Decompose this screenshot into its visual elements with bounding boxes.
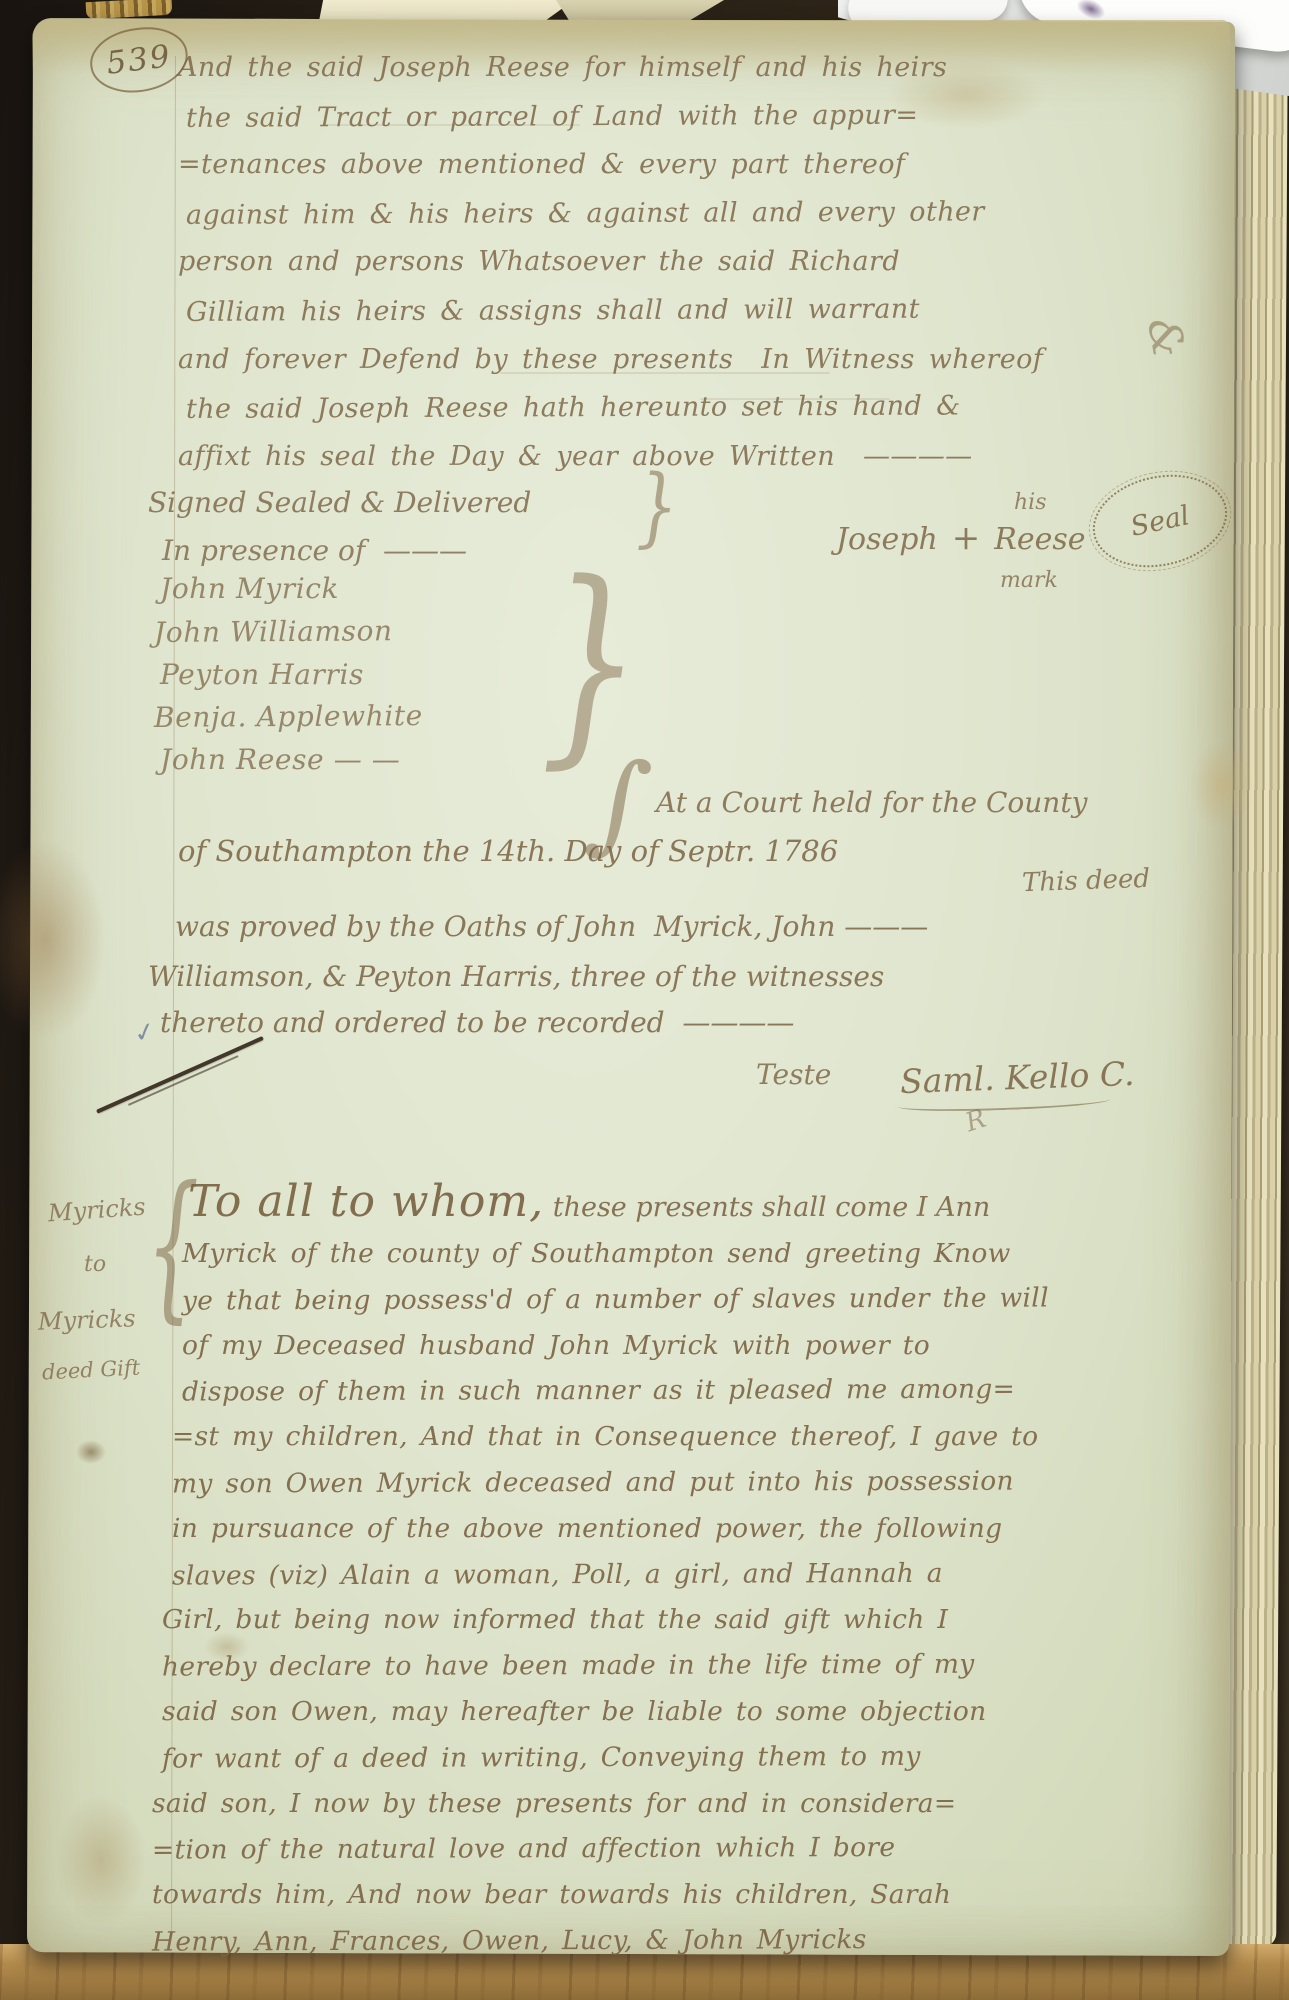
manuscript-line: for want of a deed in writing, Conveying…: [162, 1740, 1049, 1789]
signature-joseph-reese: Joseph+Reese: [836, 518, 1086, 558]
this-deed-note: This deed: [1022, 864, 1151, 898]
manuscript-line: =tenances above mentioned & every part t…: [178, 149, 1043, 198]
manuscript-line: Girl, but being now informed that the sa…: [162, 1604, 1049, 1650]
signed-sealed-line: Signed Sealed & Delivered: [148, 486, 531, 519]
photograph-of-deed-book-page: 539 And the said Joseph Reese for himsel…: [0, 0, 1289, 2000]
court-line-5: thereto and ordered to be recorded ————: [160, 1006, 794, 1039]
witness-name: Benja. Applewhite: [154, 699, 423, 744]
manuscript-line: =st my children, And that in Consequence…: [172, 1421, 1049, 1467]
margin-note-deed-type: deed Gift: [41, 1355, 140, 1384]
signature-first-name: Joseph: [836, 522, 938, 557]
clerk-signature: Saml. Kello C.: [899, 1054, 1135, 1101]
court-line-3: was proved by the Oaths of John Myrick, …: [175, 910, 928, 943]
margin-note-to: to: [84, 1252, 106, 1277]
manuscript-line: =tion of the natural love and affection …: [152, 1832, 1049, 1881]
manuscript-line: Henry, Ann, Frances, Owen, Lucy, & John …: [152, 1923, 1049, 1972]
manuscript-line: in pursuance of the above mentioned powe…: [172, 1513, 1049, 1559]
in-presence-line: In presence of ———: [162, 534, 467, 567]
witness-name: Peyton Harris: [160, 658, 423, 701]
manuscript-line: of my Deceased husband John Myrick with …: [182, 1330, 1049, 1376]
deed2-opening-line: To all to whom, these presents shall com…: [188, 1176, 990, 1227]
manuscript-line: ye that being possess'd of a number of s…: [182, 1282, 1049, 1331]
court-line-2: of Southampton the 14th. Day of Septr. 1…: [178, 834, 838, 868]
his-mark-above: his: [1014, 490, 1047, 515]
seal-label: Seal: [1128, 500, 1192, 543]
ink-spot: [76, 1440, 106, 1464]
manuscript-line: towards him, And now bear towards his ch…: [152, 1879, 1049, 1925]
teste-label: Teste: [756, 1058, 831, 1091]
manuscript-line: And the said Joseph Reese for himself an…: [178, 52, 1043, 101]
manuscript-line: hereby declare to have been made in the …: [162, 1649, 1049, 1698]
deed2-opening-large: To all to whom,: [188, 1176, 544, 1227]
his-mark-below: mark: [1000, 568, 1058, 593]
manuscript-line: person and persons Whatsoever the said R…: [178, 246, 1043, 295]
manuscript-line: dispose of them in such manner as it ple…: [182, 1374, 1049, 1423]
manuscript-line: the said Tract or parcel of Land with th…: [186, 99, 1043, 151]
manuscript-line: and forever Defend by these presents In …: [178, 344, 1043, 393]
manuscript-line: Gilliam his heirs & assigns shall and wi…: [186, 293, 1043, 345]
manuscript-line: my son Owen Myrick deceased and put into…: [172, 1465, 1049, 1514]
court-line-1: At a Court held for the County: [656, 786, 1087, 819]
margin-note-party2: Myricks: [38, 1304, 137, 1335]
court-line-4: Williamson, & Peyton Harris, three of th…: [148, 960, 884, 993]
deed2-text-block: Myrick of the county of Southampton send…: [152, 1238, 1049, 1971]
manuscript-line: affixt his seal the Day & year above Wri…: [178, 441, 1043, 490]
deed2-opening-rest: these presents shall come I Ann: [544, 1192, 990, 1223]
witness-name: John Williamson: [154, 614, 423, 659]
manuscript-line: the said Joseph Reese hath hereunto set …: [186, 390, 1043, 442]
signature-mark-cross: +: [952, 518, 981, 558]
manuscript-line: said son, I now by these presents for an…: [152, 1788, 1049, 1834]
witness-list: John MyrickJohn WilliamsonPeyton HarrisB…: [160, 572, 423, 786]
stain: [56, 1795, 146, 1925]
manuscript-line: said son Owen, may hereafter be liable t…: [162, 1696, 1049, 1742]
book-headband: [86, 0, 173, 19]
witness-name: John Myrick: [160, 572, 423, 615]
witness-name: John Reese — —: [160, 743, 423, 786]
page-number: 539: [104, 38, 173, 82]
deed1-text-block: And the said Joseph Reese for himself an…: [178, 52, 1043, 489]
manuscript-line: against him & his heirs & against all an…: [186, 196, 1043, 248]
manuscript-line: Myrick of the county of Southampton send…: [182, 1238, 1049, 1284]
stain: [1190, 740, 1254, 830]
manuscript-line: slaves (viz) Alain a woman, Poll, a girl…: [172, 1557, 1049, 1606]
signature-surname: Reese: [994, 522, 1085, 557]
brace-icon: }: [636, 456, 678, 556]
